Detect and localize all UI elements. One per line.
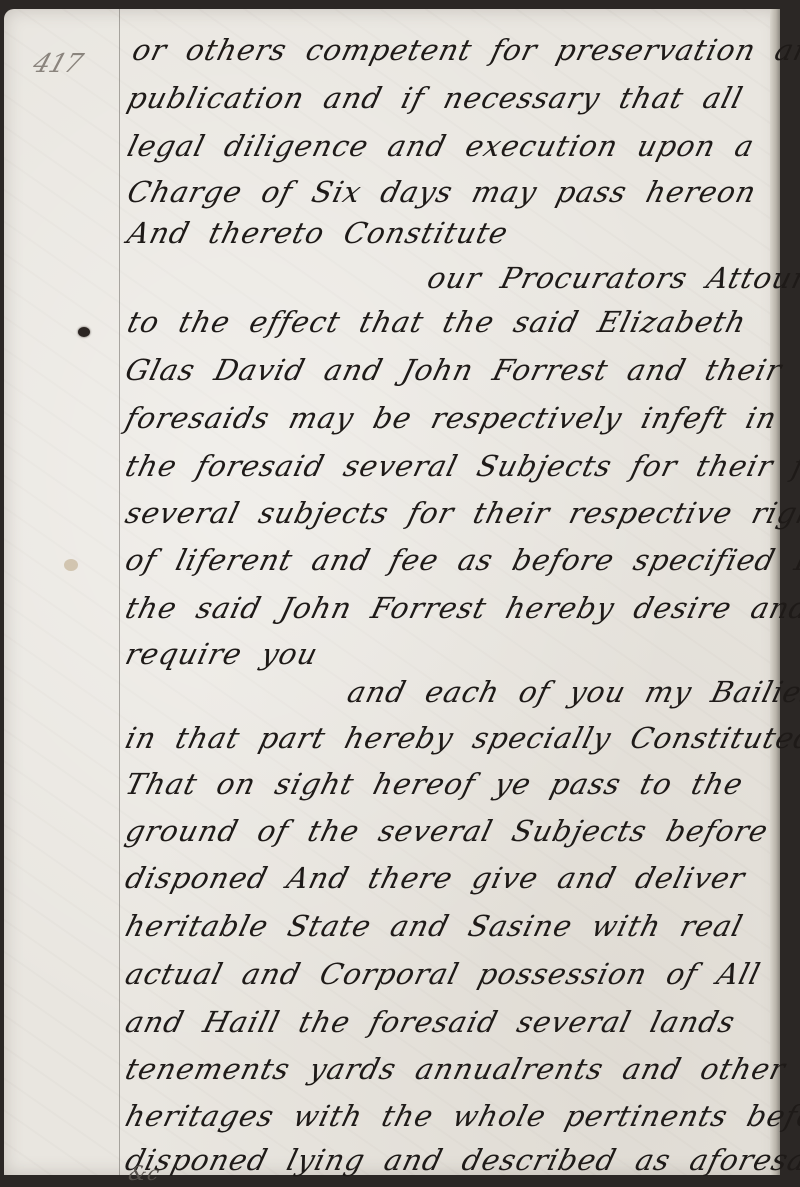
text-line: in that part hereby specially Constitute…	[122, 721, 800, 755]
text-line: of liferent and fee as before specified …	[122, 543, 800, 577]
text-line: disponed And there give and deliver	[122, 861, 749, 895]
margin-rule	[119, 9, 120, 1175]
scan-background: 417 or others competent for preservation…	[0, 0, 800, 1187]
text-line: and Haill the foresaid several lands	[122, 1005, 739, 1039]
text-line: That on sight hereof ye pass to the	[122, 767, 747, 801]
text-line: Charge of Six days may pass hereon	[124, 175, 760, 209]
text-line: legal diligence and execution upon a	[124, 129, 758, 163]
text-line: actual and Corporal possession of All	[122, 957, 764, 991]
paper-stain	[64, 559, 78, 571]
text-line: our Procurators Attour	[424, 261, 800, 295]
ink-blot-mark	[78, 327, 90, 337]
text-line: and each of you my Bailies	[344, 675, 800, 709]
text-line: tenements yards annualrents and other	[122, 1052, 789, 1086]
text-line: And thereto Constitute	[124, 216, 512, 250]
manuscript-page: 417 or others competent for preservation…	[4, 9, 780, 1175]
page-number: 417	[29, 49, 85, 79]
text-line: foresaids may be respectively infeft in	[122, 401, 781, 435]
text-line: publication and if necessary that all	[124, 81, 747, 115]
text-line: to the effect that the said Elizabeth	[124, 305, 750, 339]
etcetera-flourish: &c	[126, 1161, 163, 1185]
text-line: heritages with the whole pertinents befo…	[122, 1099, 800, 1133]
text-line: disponed lying and described as aforesai…	[122, 1143, 800, 1177]
text-line: the foresaid several Subjects for their …	[122, 449, 800, 483]
text-line: or others competent for preservation and	[129, 33, 800, 67]
text-line: heritable State and Sasine with real	[122, 909, 747, 943]
text-line: ground of the several Subjects before	[122, 814, 772, 848]
text-line: Glas David and John Forrest and their	[122, 353, 786, 387]
text-line: several subjects for their respective ri…	[122, 496, 800, 530]
text-line: the said John Forrest hereby desire and	[122, 591, 800, 625]
text-line: require you	[122, 637, 322, 671]
